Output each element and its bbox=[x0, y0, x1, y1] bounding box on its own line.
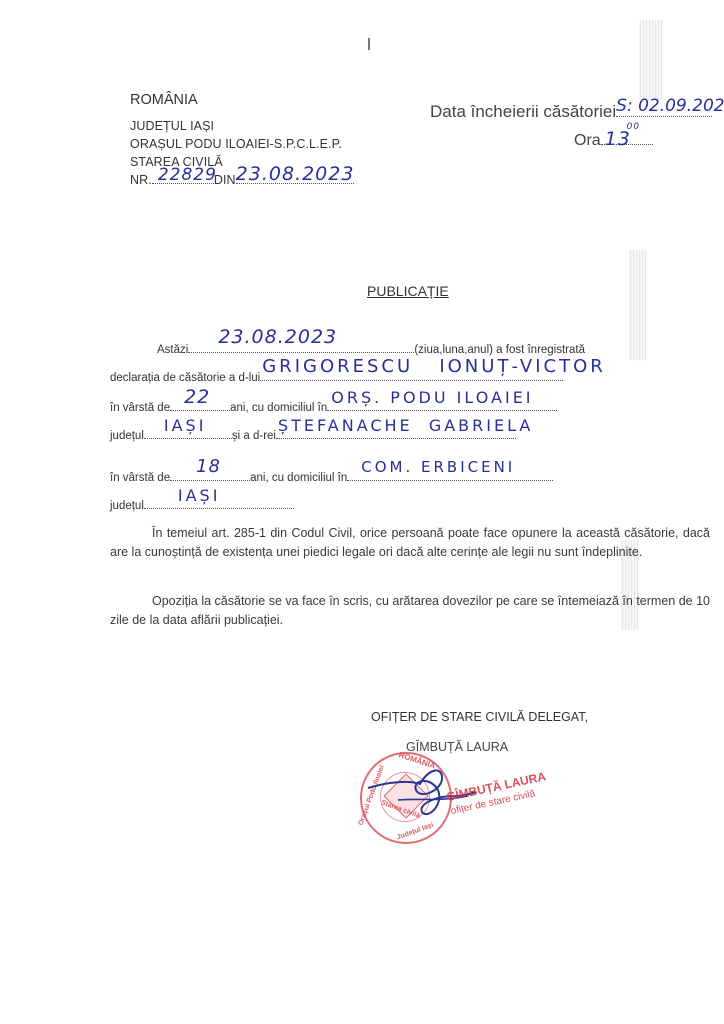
groom-age-line: în vârstă de22ani, cu domiciliul înORȘ. … bbox=[110, 400, 557, 414]
bride-age-line: în vârstă de18ani, cu domiciliul înCOM. … bbox=[110, 470, 553, 484]
scan-smudge bbox=[630, 250, 648, 360]
bride-domicile: COM. ERBICENI bbox=[361, 458, 515, 476]
ceremony-date-label: Data încheierii căsătoriei bbox=[430, 102, 616, 121]
today-line: Astăzi23.08.2023(ziua,luna,anul) a fost … bbox=[157, 342, 585, 356]
scan-mark bbox=[368, 38, 370, 50]
ceremony-time-line: Ora1300 bbox=[574, 132, 653, 150]
town-label: ORAȘUL PODU ILOAIEI-S.P.C.L.E.P. bbox=[130, 137, 342, 151]
officer-name: GÎMBUȚĂ LAURA bbox=[406, 740, 508, 754]
officer-role: OFIȚER DE STARE CIVILĂ DELEGAT, bbox=[371, 710, 588, 724]
groom-county: IAȘI bbox=[164, 416, 207, 435]
page-title: PUBLICAȚIE bbox=[367, 283, 449, 299]
number-label: NR. bbox=[130, 173, 152, 187]
bride-name: ȘTEFANACHE GABRIELA bbox=[278, 416, 533, 435]
groom-line: declarația de căsătorie a d-luiGRIGORESC… bbox=[110, 370, 563, 384]
groom-age: 22 bbox=[184, 386, 210, 408]
opposition-paragraph: Opoziția la căsătorie se va face în scri… bbox=[110, 592, 710, 630]
scan-smudge bbox=[640, 20, 664, 100]
declaration-date: 23.08.2023 bbox=[218, 326, 337, 348]
groom-domicile: ORȘ. PODU ILOAIEI bbox=[331, 388, 533, 407]
ceremony-time-minutes: 00 bbox=[627, 122, 640, 132]
ceremony-date-line: Data încheierii căsătorieiS: 02.09.2023 bbox=[430, 102, 712, 122]
bride-county: IAȘI bbox=[178, 486, 221, 505]
ceremony-time-label: Ora bbox=[574, 132, 601, 149]
groom-county-line: județulIAȘIși a d-reiȘTEFANACHE GABRIELA bbox=[110, 428, 516, 442]
registration-line: NR.22829DIN23.08.2023 bbox=[130, 173, 354, 187]
date-label: DIN bbox=[214, 173, 236, 187]
bride-age: 18 bbox=[196, 456, 221, 477]
groom-name: GRIGORESCU IONUȚ-VICTOR bbox=[262, 356, 606, 377]
bride-county-line: județulIAȘI bbox=[110, 498, 294, 512]
ceremony-date: S: 02.09.2023 bbox=[616, 96, 724, 116]
registration-date: 23.08.2023 bbox=[236, 163, 355, 185]
legal-basis-paragraph: În temeiul art. 285-1 din Codul Civil, o… bbox=[110, 524, 710, 562]
county-label: JUDEȚUL IAȘI bbox=[130, 119, 214, 133]
country-label: ROMÂNIA bbox=[130, 92, 198, 108]
registration-number: 22829 bbox=[158, 165, 217, 185]
